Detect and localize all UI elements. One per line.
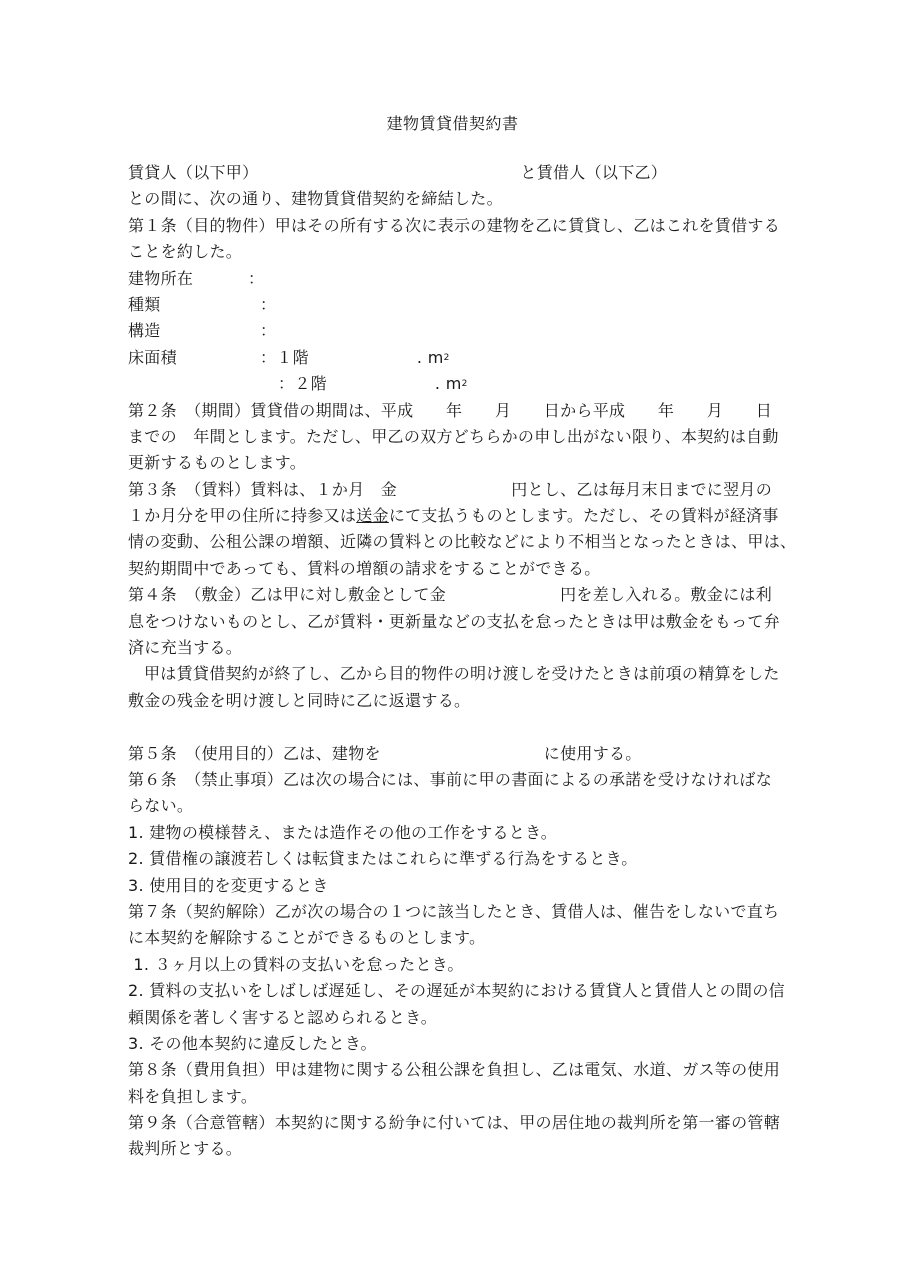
article7-item: 3. その他本契約に違反したとき。 bbox=[128, 1031, 788, 1057]
underlined-remittance: 送金 bbox=[356, 506, 389, 525]
article2-line2: までの 年間とします。ただし、甲乙の双方どちらかの申し出がない限り、本契約は自動 bbox=[128, 424, 788, 450]
article1-line2: ことを約した。 bbox=[128, 239, 788, 265]
floor2-unit: . m bbox=[435, 371, 462, 397]
parties-line: 賃貸人（以下甲）と賃借人（以下乙） bbox=[128, 160, 788, 186]
field-separator: ： bbox=[260, 345, 276, 371]
article2-line3: 更新するものとします。 bbox=[128, 450, 788, 476]
document-title: 建物賃貸借契約書 bbox=[0, 112, 905, 136]
article6-line1: 第６条 （禁止事項）乙は次の場合には、事前に甲の書面によるの承諾を受けなければな bbox=[128, 767, 788, 793]
floor2-unit-sup: 2 bbox=[462, 371, 468, 397]
floor1-unit-sup: 2 bbox=[444, 345, 450, 371]
field-type: 種類： bbox=[128, 292, 788, 318]
article3-line3: 情の変動、公租公課の増額、近隣の賃料との比較などにより不相当となったときは、甲は… bbox=[128, 529, 788, 555]
article7-item: 2. 賃料の支払いをしばしば遅延し、その遅延が本契約における賃貸人と賃借人との間… bbox=[128, 978, 788, 1004]
field-label: 種類 bbox=[128, 292, 260, 318]
article9-line1: 第９条（合意管轄）本契約に関する紛争に付いては、甲の居住地の裁判所を第一審の管轄 bbox=[128, 1110, 788, 1136]
field-separator: ： bbox=[260, 292, 276, 318]
article4-line5: 敷金の残金を明け渡しと同時に乙に返還する。 bbox=[128, 688, 788, 714]
article7-line2: に本契約を解除することができるものとします。 bbox=[128, 925, 788, 951]
article6-item: 3. 使用目的を変更するとき bbox=[128, 873, 788, 899]
field-separator: ： bbox=[278, 371, 294, 397]
field-label: 床面積 bbox=[128, 345, 260, 371]
floor1-label: １階 bbox=[276, 345, 309, 371]
field-separator: ： bbox=[248, 266, 264, 292]
article1-line1: 第１条（目的物件）甲はその所有する次に表示の建物を乙に賃貸し、乙はこれを賃借する bbox=[128, 213, 788, 239]
article4-line3: 済に充当する。 bbox=[128, 635, 788, 661]
field-label: 建物所在 bbox=[128, 266, 248, 292]
article3-line4: 契約期間中であっても、賃料の増額の請求をすることができる。 bbox=[128, 556, 788, 582]
contract-page: 建物賃貸借契約書 賃貸人（以下甲）と賃借人（以下乙） との間に、次の通り、建物賃… bbox=[0, 0, 905, 1280]
document-body: 賃貸人（以下甲）と賃借人（以下乙） との間に、次の通り、建物賃貸借契約を締結した… bbox=[128, 160, 788, 1163]
article8-line1: 第８条（費用負担）甲は建物に関する公租公課を負担し、乙は電気、水道、ガス等の使用 bbox=[128, 1057, 788, 1083]
blank-line bbox=[128, 714, 788, 740]
article2-line1: 第２条 （期間）賃貸借の期間は、平成 年 月 日から平成 年 月 日 bbox=[128, 398, 788, 424]
article7-line1: 第７条（契約解除）乙が次の場合の１つに該当したとき、賃借人は、催告をしないで直ち bbox=[128, 899, 788, 925]
field-structure: 構造： bbox=[128, 318, 788, 344]
floor2-label: ２階 bbox=[294, 371, 327, 397]
field-floor-area: 床面積：１階. m2 bbox=[128, 345, 788, 371]
field-floor2-area: ：２階. m2 bbox=[128, 371, 788, 397]
article8-line2: 料を負担します。 bbox=[128, 1084, 788, 1110]
article3-text: １か月分を甲の住所に持参又は bbox=[128, 506, 356, 525]
article3-text: にて支払うものとします。ただし、その賃料が経済事 bbox=[389, 506, 779, 525]
article9-line2: 裁判所とする。 bbox=[128, 1136, 788, 1162]
lessee-label: と賃借人（以下乙） bbox=[520, 163, 667, 182]
field-location: 建物所在： bbox=[128, 266, 788, 292]
floor1-unit: . m bbox=[417, 345, 444, 371]
lessor-label: 賃貸人（以下甲） bbox=[128, 163, 258, 182]
article3-line1: 第３条 （賃料）賃料は、１か月 金 円とし、乙は毎月末日までに翌月の bbox=[128, 477, 788, 503]
article6-line2: らない。 bbox=[128, 793, 788, 819]
article3-line2: １か月分を甲の住所に持参又は送金にて支払うものとします。ただし、その賃料が経済事 bbox=[128, 503, 788, 529]
field-label: 構造 bbox=[128, 318, 260, 344]
article7-item-cont: 頼関係を著しく害すると認められるとき。 bbox=[128, 1005, 788, 1031]
article4-line2: 息をつけないものとし、乙が賃料・更新量などの支払を怠ったときは甲は敷金をもって弁 bbox=[128, 609, 788, 635]
field-separator: ： bbox=[260, 318, 276, 344]
article4-line1: 第４条 （敷金）乙は甲に対し敷金として金 円を差し入れる。敷金には利 bbox=[128, 582, 788, 608]
article5-line1: 第５条 （使用目的）乙は、建物を に使用する。 bbox=[128, 741, 788, 767]
article7-item: 1. ３ヶ月以上の賃料の支払いを怠ったとき。 bbox=[128, 952, 788, 978]
intro-line: との間に、次の通り、建物賃貸借契約を締結した。 bbox=[128, 186, 788, 212]
article6-item: 2. 賃借権の譲渡若しくは転貸またはこれらに準ずる行為をするとき。 bbox=[128, 846, 788, 872]
article6-item: 1. 建物の模様替え、または造作その他の工作をするとき。 bbox=[128, 820, 788, 846]
article4-line4: 甲は賃貸借契約が終了し、乙から目的物件の明け渡しを受けたときは前項の精算をした bbox=[128, 661, 788, 687]
